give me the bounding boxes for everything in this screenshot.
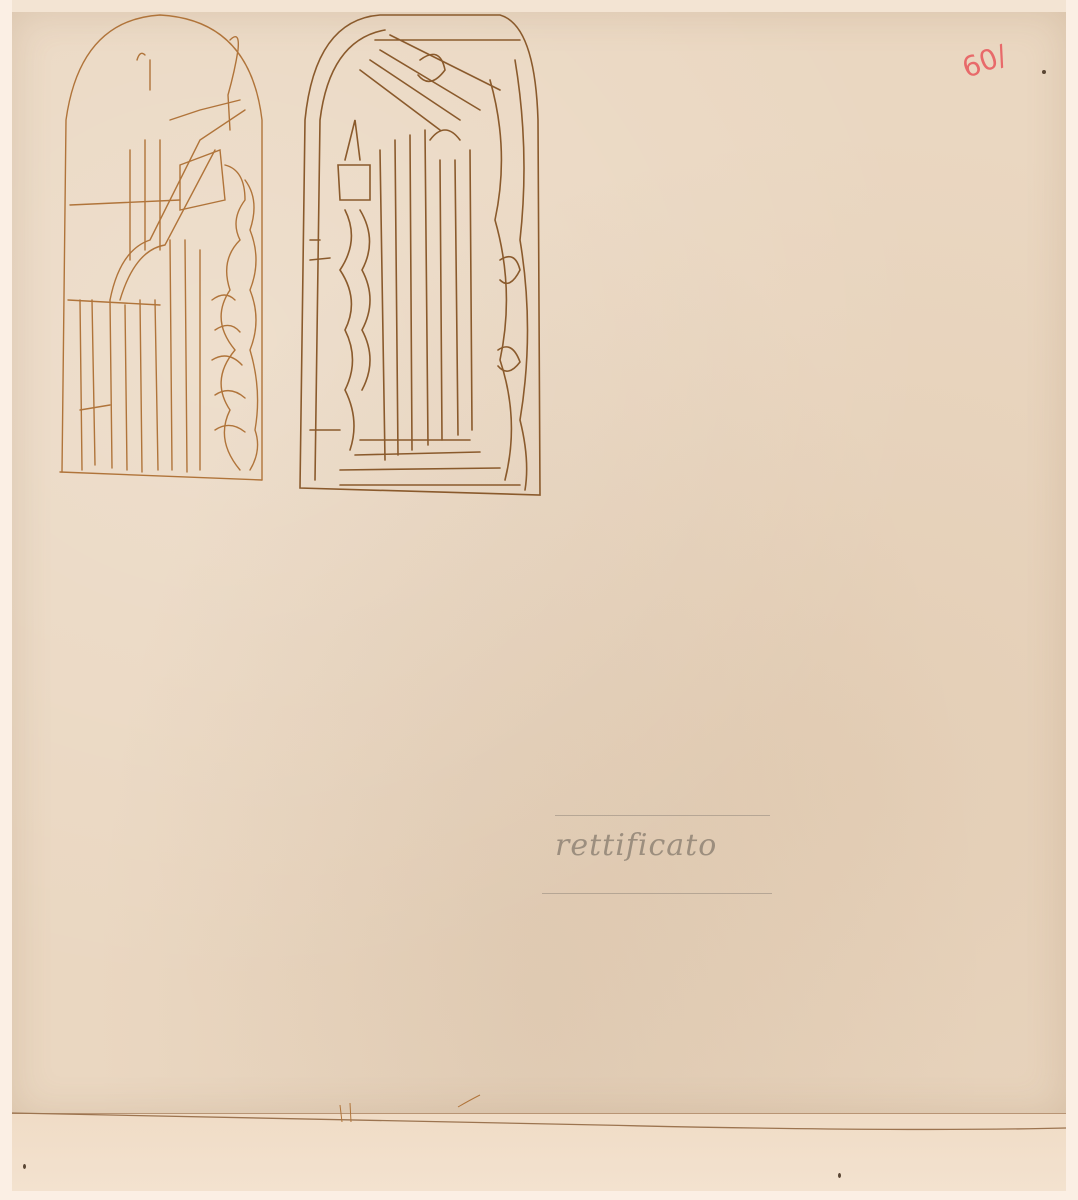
ink-sketches [0,0,1078,1200]
paper-speck [838,1173,841,1178]
sketch-right-altar [300,15,540,495]
pencil-inscription: rettificato [555,828,780,863]
paper-speck [1042,70,1046,74]
inscription-rule-bottom [542,893,772,894]
sketch-left-altar [60,15,262,480]
paper-speck [23,1164,26,1169]
inscription-rule-top [555,815,770,816]
